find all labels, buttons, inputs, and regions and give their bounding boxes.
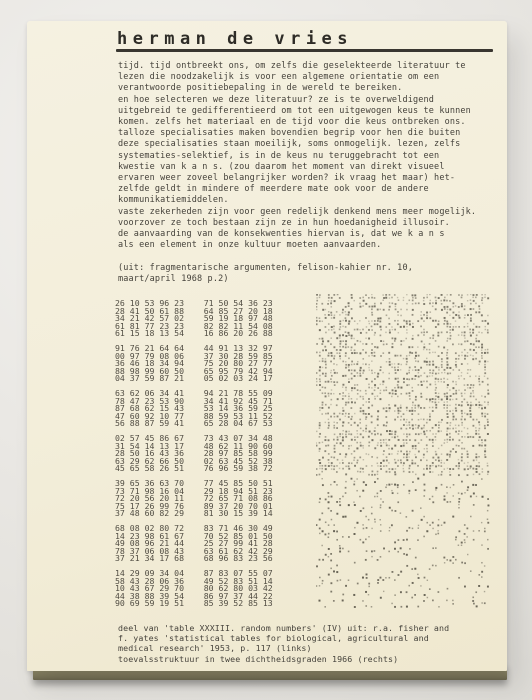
title-underline bbox=[116, 49, 493, 52]
random-dot-pattern bbox=[316, 294, 490, 610]
essay-text: tijd. tijd ontbreekt ons, om zelfs die g… bbox=[118, 61, 476, 285]
photo-backdrop: herman de vries tijd. tijd ontbreekt ons… bbox=[0, 0, 532, 700]
random-number-table: 26 10 53 96 23 71 50 54 36 23 28 41 50 6… bbox=[115, 300, 273, 608]
document-page: herman de vries tijd. tijd ontbreekt ons… bbox=[27, 21, 507, 671]
artist-name: herman de vries bbox=[117, 29, 353, 49]
caption-text: deel van 'table XXXIII. random numbers' … bbox=[118, 623, 449, 664]
